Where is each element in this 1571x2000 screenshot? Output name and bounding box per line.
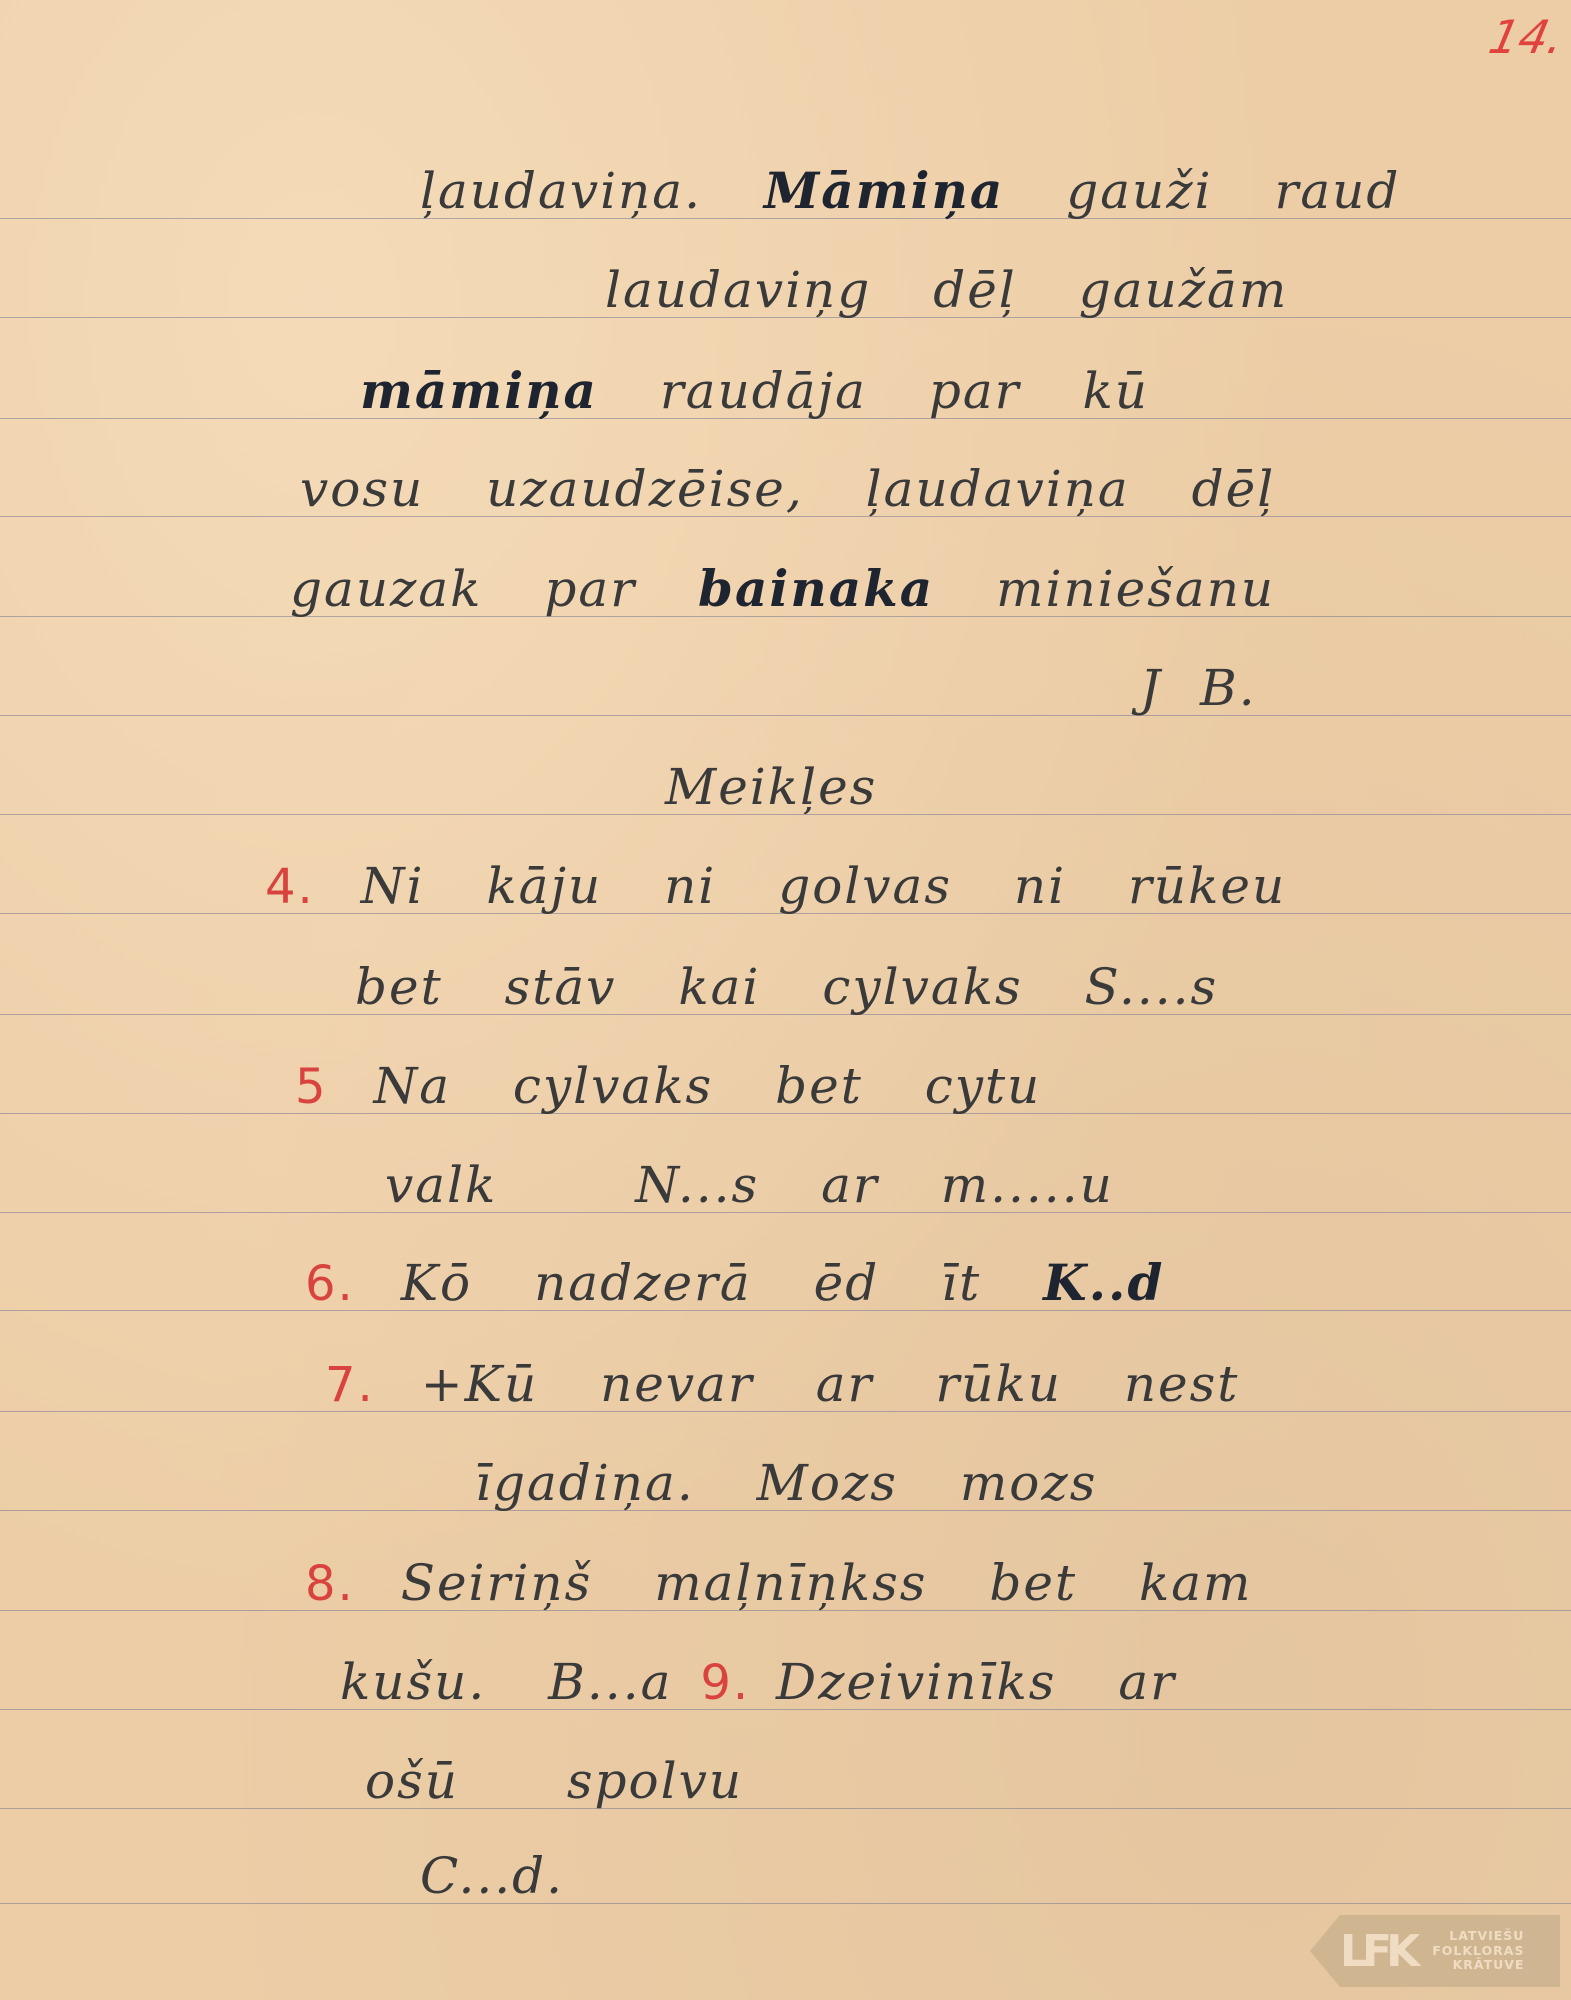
text-line: māmiņa raudāja par kū xyxy=(360,366,1193,420)
word: laudaviņg xyxy=(605,265,871,315)
word: raud xyxy=(1274,166,1400,216)
word: ar xyxy=(816,1359,874,1409)
riddle-line: bet stāv kai cylvaks S....s xyxy=(355,962,1262,1016)
word: golvas xyxy=(778,861,952,911)
riddle-line: 7. +Kū nevar ar rūku nest xyxy=(325,1359,1283,1413)
logo-line: KRĀTUVE xyxy=(1432,1958,1524,1972)
word: nevar xyxy=(600,1359,754,1409)
word: par xyxy=(929,366,1021,416)
word: par xyxy=(544,564,636,614)
word: B. xyxy=(1200,663,1257,713)
word: kāju xyxy=(486,861,602,911)
lfk-logo-icon: LFK xyxy=(1340,1926,1414,1977)
word: nadzerā xyxy=(534,1258,752,1308)
manuscript-page: 14. ļaudaviņa. Māmiņa gauži raud laudavi… xyxy=(0,0,1571,2000)
text-line: laudaviņg dēļ gaužām xyxy=(605,265,1332,319)
word: ni xyxy=(1014,861,1066,911)
ruled-line xyxy=(0,1903,1571,1904)
word: maļnīņkss xyxy=(654,1558,927,1608)
riddle-answer: C...d. xyxy=(420,1851,608,1905)
riddle-line: kušu. B...a 9. Dzeivinīks ar xyxy=(340,1657,1220,1711)
riddle-number: 5 xyxy=(295,1063,328,1111)
riddle-line: 8. Seiriņš maļnīņkss bet kam xyxy=(305,1558,1296,1612)
word: ļaudaviņa xyxy=(866,464,1130,514)
word: +Kū xyxy=(421,1359,538,1409)
word: mozs xyxy=(960,1458,1098,1508)
word: nest xyxy=(1124,1359,1240,1409)
riddle-number: 7. xyxy=(325,1361,375,1409)
section-heading: Meikļes xyxy=(665,762,921,816)
word: kušu. xyxy=(340,1657,486,1707)
text-line: vosu uzaudzēise, ļaudaviņa dēļ xyxy=(300,464,1319,518)
word: C...d. xyxy=(420,1851,564,1901)
word: K..d xyxy=(1043,1258,1164,1308)
word: kam xyxy=(1139,1558,1253,1608)
word: Ni xyxy=(361,861,425,911)
word: cytu xyxy=(925,1061,1042,1111)
signature-initials: J B. xyxy=(1140,663,1301,717)
word: dēļ xyxy=(933,265,1017,315)
word: N...s xyxy=(635,1160,759,1210)
word: ar xyxy=(821,1160,879,1210)
word: māmiņa xyxy=(360,366,598,416)
word: cylvaks xyxy=(822,962,1022,1012)
riddle-line: valk N...s ar m.....u xyxy=(385,1160,1158,1214)
word: ar xyxy=(1118,1657,1176,1707)
riddle-line: 6. Kō nadzerā ēd īt K..d xyxy=(305,1258,1208,1312)
word: Seiriņš xyxy=(401,1558,593,1608)
word: bet xyxy=(989,1558,1077,1608)
word: īt xyxy=(941,1258,981,1308)
word: bainaka xyxy=(698,564,934,614)
word: miniešanu xyxy=(996,564,1275,614)
word: cylvaks xyxy=(513,1061,713,1111)
word: J xyxy=(1140,663,1162,713)
word: valk xyxy=(385,1160,497,1210)
word: gauzak xyxy=(290,564,482,614)
word: Māmiņa xyxy=(764,166,1004,216)
word: B...a xyxy=(548,1657,672,1707)
word: ni xyxy=(664,861,716,911)
riddle-number: 4. xyxy=(265,863,315,911)
word: S....s xyxy=(1085,962,1219,1012)
riddle-line: ošū spolvu xyxy=(365,1756,787,1810)
page-number: 14. xyxy=(1484,10,1569,64)
riddle-number: 8. xyxy=(305,1560,355,1608)
riddle-number: 9. xyxy=(700,1659,750,1707)
word: bet xyxy=(355,962,443,1012)
word: gauži xyxy=(1066,166,1212,216)
word: Na xyxy=(373,1061,451,1111)
word: raudāja xyxy=(660,366,867,416)
word: stāv xyxy=(505,962,617,1012)
word: bet xyxy=(775,1061,863,1111)
riddle-line: 5 Na cylvaks bet cytu xyxy=(295,1061,1085,1115)
word: ēd xyxy=(814,1258,880,1308)
archive-logo: LFK LATVIEŠU FOLKLORAS KRĀTUVE xyxy=(1310,1915,1560,1987)
ruled-line xyxy=(0,715,1571,716)
logo-line: FOLKLORAS xyxy=(1432,1944,1524,1958)
word: kai xyxy=(678,962,760,1012)
word: spolvu xyxy=(567,1756,743,1806)
word: īgadiņa. xyxy=(475,1458,695,1508)
word: ošū xyxy=(365,1756,459,1806)
word: Mozs xyxy=(757,1458,898,1508)
word: ļaudaviņa. xyxy=(420,166,702,216)
word: dēļ xyxy=(1192,464,1276,514)
word: vosu xyxy=(300,464,424,514)
riddle-line: īgadiņa. Mozs mozs xyxy=(475,1458,1141,1512)
text-line: gauzak par bainaka miniešanu xyxy=(290,564,1319,618)
riddle-line: 4. Ni kāju ni golvas ni rūkeu xyxy=(265,861,1330,915)
word: Kō xyxy=(401,1258,472,1308)
word: Meikļes xyxy=(665,762,877,812)
text-line: ļaudaviņa. Māmiņa gauži raud xyxy=(420,166,1444,220)
word: rūku xyxy=(935,1359,1062,1409)
logo-text: LATVIEŠU FOLKLORAS KRĀTUVE xyxy=(1432,1929,1524,1972)
word: m.....u xyxy=(941,1160,1114,1210)
word: rūkeu xyxy=(1128,861,1286,911)
riddle-number: 6. xyxy=(305,1260,355,1308)
word: gaužām xyxy=(1079,265,1289,315)
word: kū xyxy=(1082,366,1149,416)
word: uzaudzēise, xyxy=(486,464,804,514)
logo-badge: LFK LATVIEŠU FOLKLORAS KRĀTUVE xyxy=(1310,1915,1560,1987)
word: Dzeivinīks xyxy=(776,1657,1056,1707)
logo-line: LATVIEŠU xyxy=(1432,1929,1524,1943)
